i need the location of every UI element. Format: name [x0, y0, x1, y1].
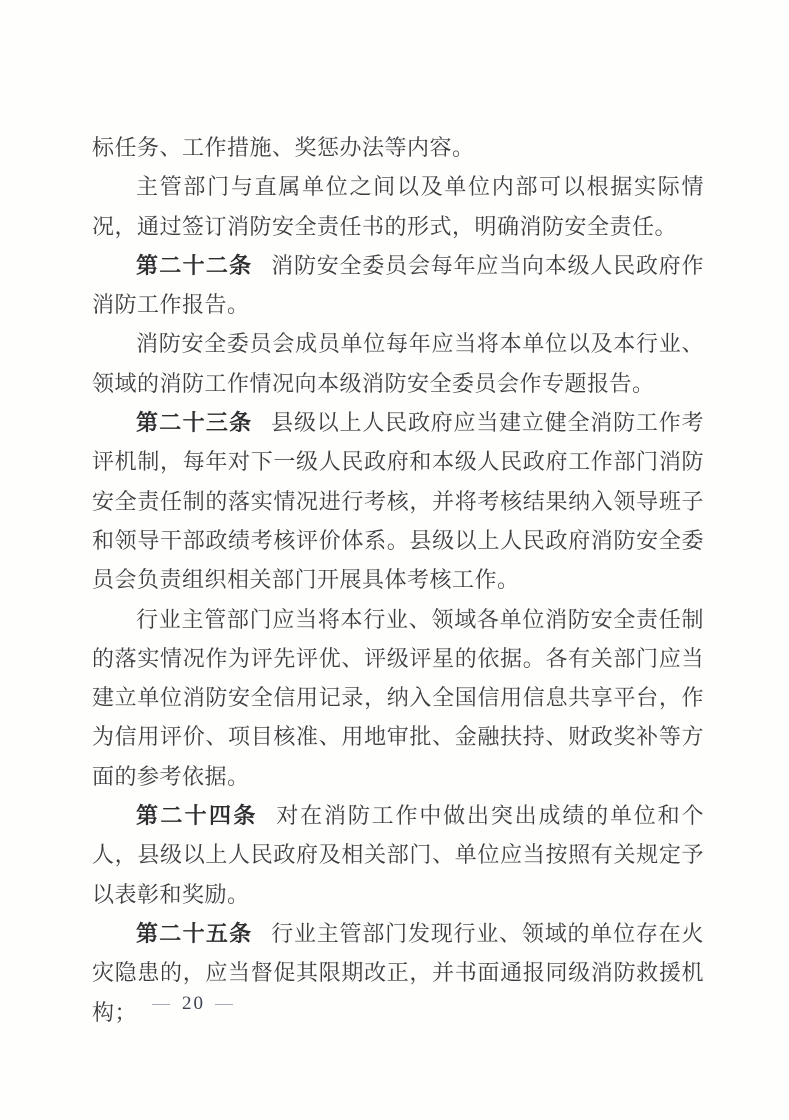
- document-page: 标任务、工作措施、奖惩办法等内容。主管部门与直属单位之间以及单位内部可以根据实际…: [0, 0, 789, 1120]
- paragraph: 行业主管部门应当将本行业、领域各单位消防安全责任制的落实情况作为评先评优、评级评…: [92, 600, 704, 796]
- article-number: 第二十二条: [136, 253, 252, 278]
- paragraph: 标任务、工作措施、奖惩办法等内容。: [92, 128, 704, 167]
- paragraph-text: 消防安全委员会成员单位每年应当将本单位以及本行业、领域的消防工作情况向本级消防安…: [92, 331, 704, 395]
- paragraph-text: 标任务、工作措施、奖惩办法等内容。: [92, 135, 475, 160]
- page-number-left-dash: —: [152, 993, 172, 1013]
- paragraph-text: 县级以上人民政府应当建立健全消防工作考评机制，每年对下一级人民政府和本级人民政府…: [92, 410, 704, 592]
- paragraph: 消防安全委员会成员单位每年应当将本单位以及本行业、领域的消防工作情况向本级消防安…: [92, 324, 704, 403]
- paragraph-text: 行业主管部门应当将本行业、领域各单位消防安全责任制的落实情况作为评先评优、评级评…: [92, 607, 704, 789]
- article-paragraph: 第二十三条县级以上人民政府应当建立健全消防工作考评机制，每年对下一级人民政府和本…: [92, 403, 704, 599]
- article-number: 第二十五条: [136, 921, 252, 946]
- document-body: 标任务、工作措施、奖惩办法等内容。主管部门与直属单位之间以及单位内部可以根据实际…: [92, 128, 704, 1032]
- article-number: 第二十三条: [136, 410, 252, 435]
- page-number-footer: —20—: [142, 993, 245, 1015]
- article-paragraph: 第二十四条对在消防工作中做出突出成绩的单位和个人，县级以上人民政府及相关部门、单…: [92, 796, 704, 914]
- article-number: 第二十四条: [136, 803, 258, 828]
- page-number-right-dash: —: [215, 993, 235, 1013]
- paragraph: 主管部门与直属单位之间以及单位内部可以根据实际情况，通过签订消防安全责任书的形式…: [92, 167, 704, 246]
- article-paragraph: 第二十二条消防安全委员会每年应当向本级人民政府作消防工作报告。: [92, 246, 704, 325]
- page-number: 20: [182, 993, 205, 1014]
- paragraph-text: 主管部门与直属单位之间以及单位内部可以根据实际情况，通过签订消防安全责任书的形式…: [92, 174, 704, 238]
